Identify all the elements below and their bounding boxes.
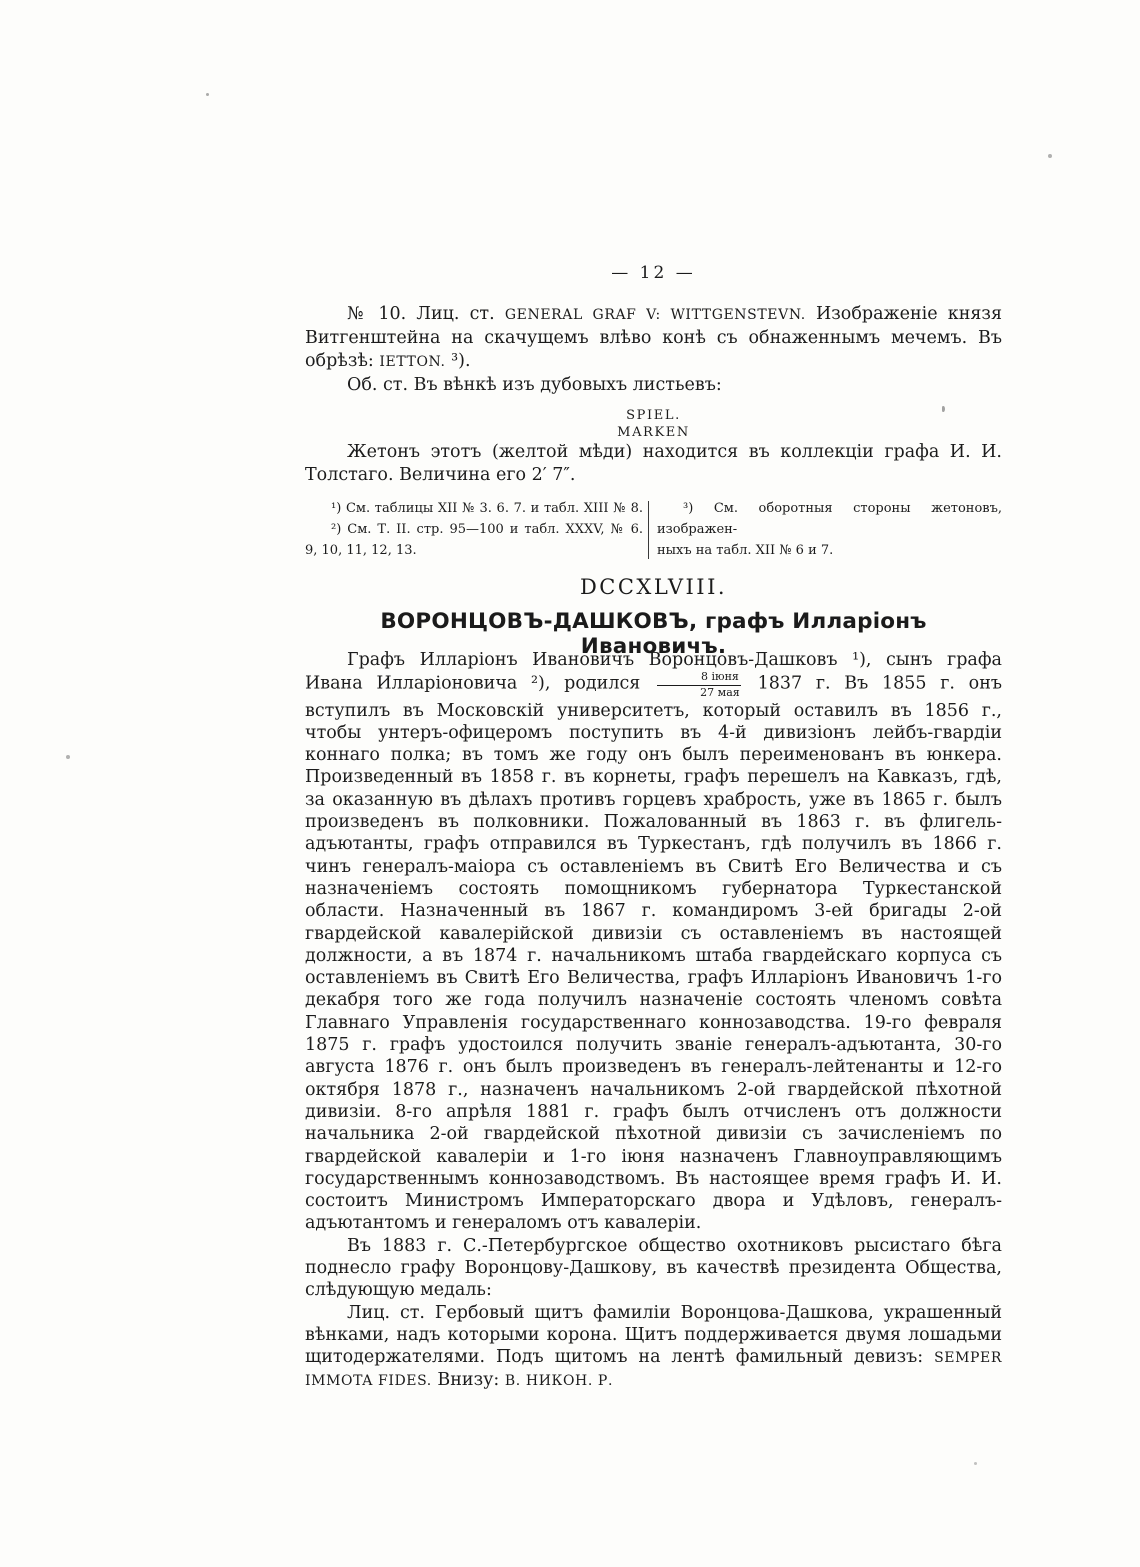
- wreath-inscription-line-1: SPIEL.: [305, 407, 1002, 424]
- medal-presentation-paragraph: Въ 1883 г. С.-Петербургское общество охо…: [305, 1235, 1002, 1302]
- entry-10-footnote-marker: ³).: [446, 351, 471, 371]
- page-number: — 12 —: [305, 263, 1002, 283]
- collection-note: Жетонъ этотъ (желтой мѣди) находится въ …: [305, 441, 1002, 487]
- footnotes: ¹) См. таблицы XII № 3. 6. 7. и табл. XI…: [305, 498, 1002, 561]
- footnote-column-divider: [648, 501, 649, 559]
- footnote-3-line-1: ³) См. оборотныя стороны жетоновъ, изобр…: [657, 498, 1002, 540]
- birth-date-new-style: 8 іюня: [657, 671, 741, 686]
- biography-text-rest: 1837 г. Въ 1855 г. онъ вступилъ въ Моско…: [305, 674, 1002, 1233]
- entry-10-section: № 10. Лиц. ст. GENERAL GRAF V: WITTGENST…: [305, 303, 1002, 561]
- entry-10-description: № 10. Лиц. ст. GENERAL GRAF V: WITTGENST…: [305, 303, 1002, 374]
- entry-10-obverse-legend: GENERAL GRAF V: WITTGENSTEVN.: [505, 307, 806, 323]
- scan-speck: [66, 755, 70, 759]
- wreath-inscription-line-2: MARKEN: [305, 424, 1002, 441]
- footnote-3-line-2: ныхъ на табл. XII № 6 и 7.: [657, 540, 1002, 561]
- scan-speck: [974, 1462, 977, 1465]
- birth-date-fraction: 8 іюня27 мая: [657, 671, 741, 699]
- entry-748-number-heading: DCCXLVIII.: [305, 575, 1002, 599]
- footnote-2-line-2: 9, 10, 11, 12, 13.: [305, 540, 643, 561]
- footnote-1: ¹) См. таблицы XII № 3. 6. 7. и табл. XI…: [305, 498, 643, 519]
- engraver-signature: В. НИКОН. Р.: [505, 1373, 613, 1389]
- entry-10-reverse-line: Об. ст. Въ вѣнкѣ изъ дубовыхъ листьевъ:: [305, 374, 1002, 397]
- biography-paragraph: Графъ Илларіонъ Ивановичъ Воронцовъ-Дашк…: [305, 649, 1002, 1235]
- footnotes-right-column: ³) См. оборотныя стороны жетоновъ, изобр…: [657, 498, 1002, 561]
- scan-speck: [206, 93, 209, 96]
- entry-10-text-start: № 10. Лиц. ст.: [347, 304, 505, 324]
- footnotes-left-column: ¹) См. таблицы XII № 3. 6. 7. и табл. XI…: [305, 498, 643, 561]
- footnote-2-line-1: ²) См. Т. II. стр. 95—100 и табл. XXXV, …: [305, 519, 643, 540]
- scan-speck: [1048, 154, 1052, 158]
- entry-10-exergue-legend: IETTON.: [379, 354, 445, 370]
- birth-date-old-style: 27 мая: [657, 686, 741, 700]
- entry-748-section: Графъ Илларіонъ Ивановичъ Воронцовъ-Дашк…: [305, 649, 1002, 1393]
- wreath-inscription: SPIEL. MARKEN: [305, 407, 1002, 441]
- book-page: — 12 — № 10. Лиц. ст. GENERAL GRAF V: WI…: [0, 0, 1140, 1567]
- medal-obverse-paragraph: Лиц. ст. Гербовый щитъ фамиліи Воронцова…: [305, 1302, 1002, 1393]
- obverse-text-middle: Внизу:: [432, 1370, 505, 1390]
- obverse-text-start: Лиц. ст. Гербовый щитъ фамиліи Воронцова…: [305, 1303, 1002, 1368]
- scan-speck: [942, 406, 945, 412]
